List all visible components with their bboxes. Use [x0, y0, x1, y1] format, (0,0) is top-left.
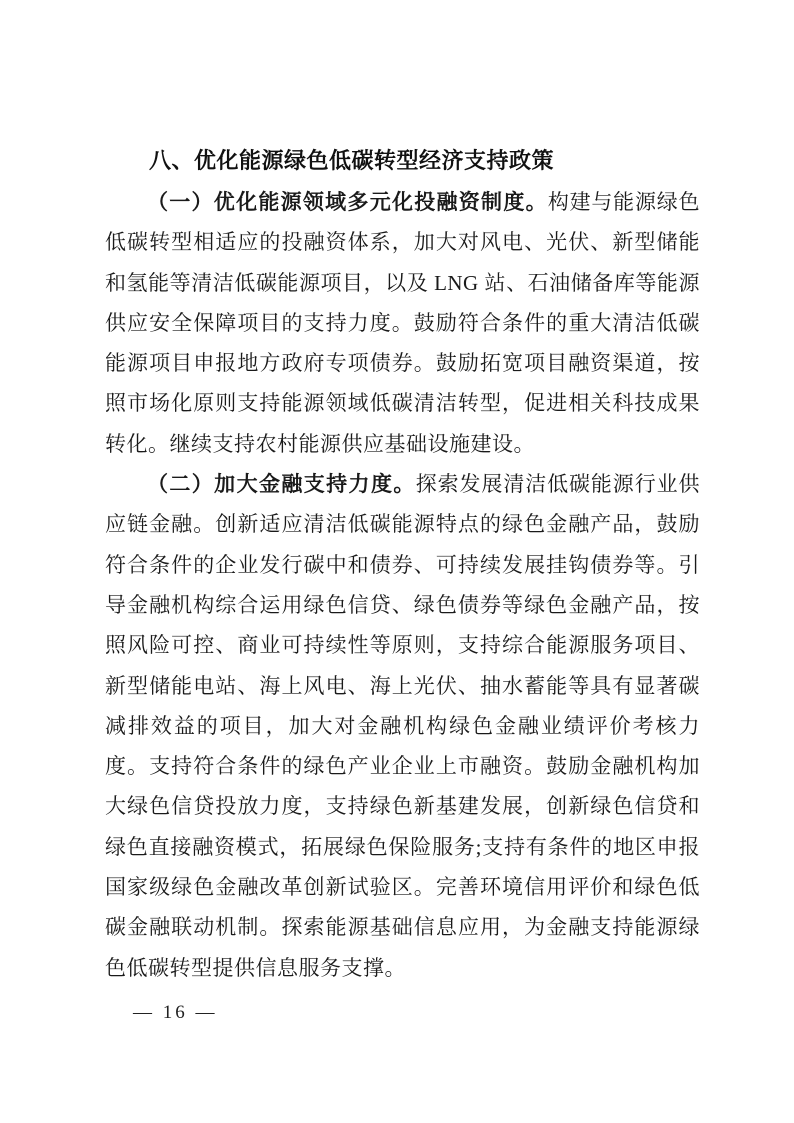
section-heading: 八、优化能源绿色低碳转型经济支持政策: [105, 140, 700, 182]
document-page: 八、优化能源绿色低碳转型经济支持政策 （一）优化能源领域多元化投融资制度。构建与…: [0, 0, 794, 1123]
paragraph-investment-financing: （一）优化能源领域多元化投融资制度。构建与能源绿色低碳转型相适应的投融资体系，加…: [105, 182, 700, 464]
paragraph-1-lead: （一）优化能源领域多元化投融资制度。: [147, 190, 548, 214]
paragraph-1-body: 构建与能源绿色低碳转型相适应的投融资体系，加大对风电、光伏、新型储能和氢能等清洁…: [105, 190, 700, 456]
paragraph-2-lead: （二）加大金融支持力度。: [147, 472, 416, 496]
page-number: — 16 —: [133, 1002, 218, 1024]
paragraph-2-body: 探索发展清洁低碳能源行业供应链金融。创新适应清洁低碳能源特点的绿色金融产品，鼓励…: [105, 472, 700, 980]
paragraph-financial-support: （二）加大金融支持力度。探索发展清洁低碳能源行业供应链金融。创新适应清洁低碳能源…: [105, 464, 700, 988]
